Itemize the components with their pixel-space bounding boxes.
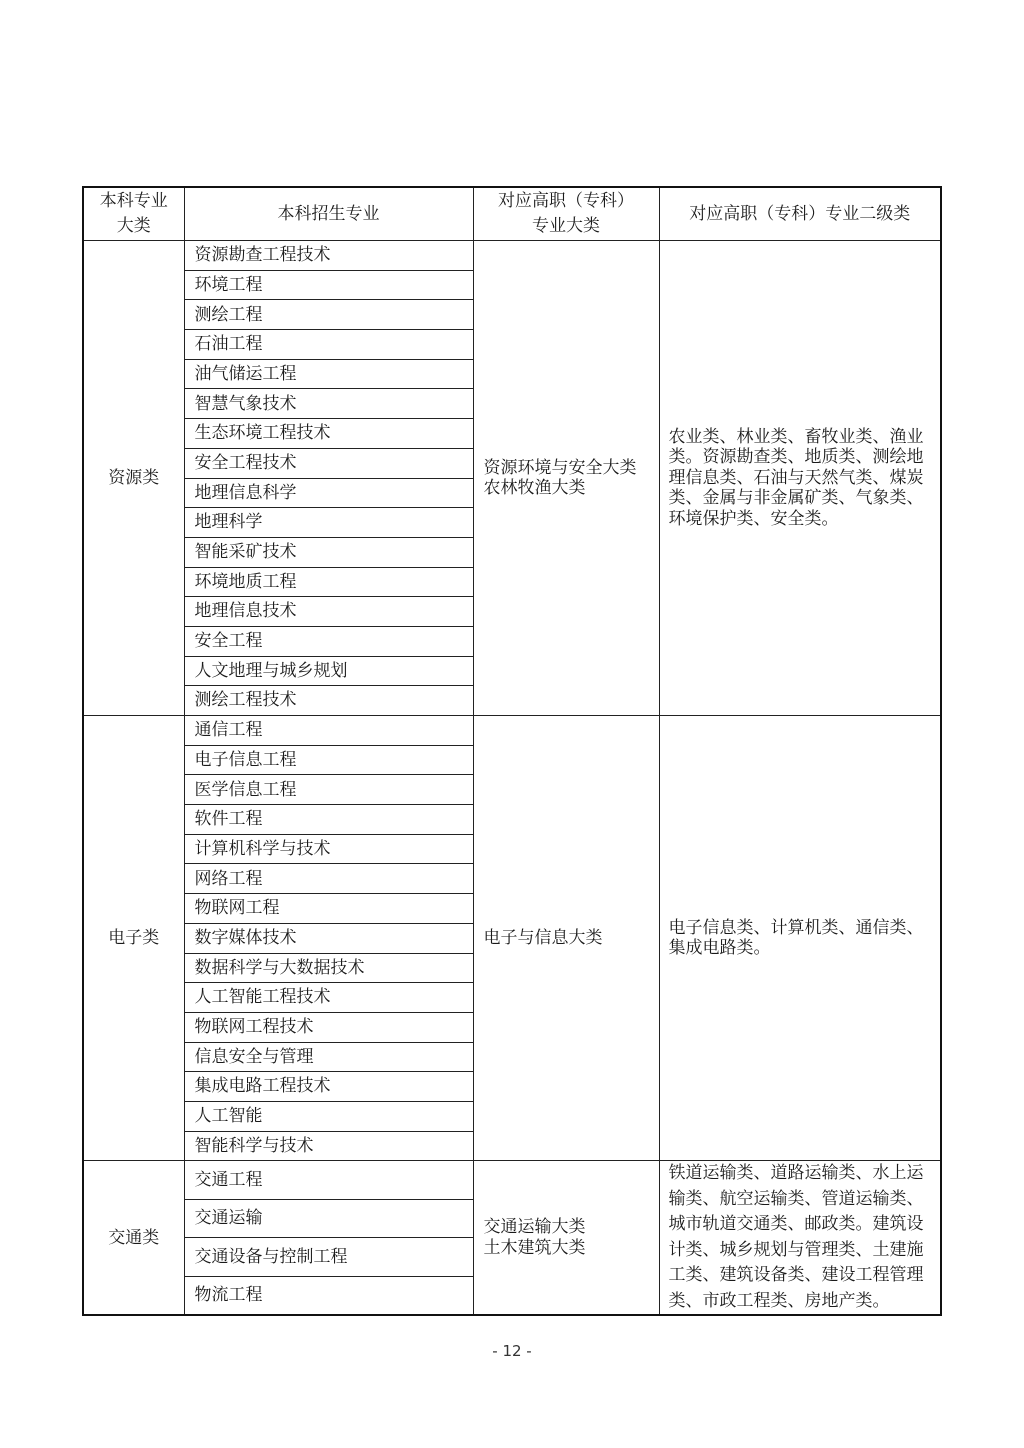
table-row: 资源类 资源勘查工程技术 资源环境与安全大类 农林牧渔大类 农业类、林业类、畜牧… — [83, 241, 941, 271]
major-cell: 油气储运工程 — [184, 359, 473, 389]
major-cell: 物联网工程技术 — [184, 1012, 473, 1042]
vocational-subcategory-cell: 农业类、林业类、畜牧业类、渔业 类。资源勘查类、地质类、测绘地 理信息类、石油与… — [659, 241, 941, 716]
major-cell: 地理信息技术 — [184, 597, 473, 627]
major-cell: 医学信息工程 — [184, 775, 473, 805]
major-cell: 地理科学 — [184, 508, 473, 538]
header-category: 本科专业 大类 — [83, 187, 184, 241]
vocational-subcategory-cell: 铁道运输类、道路运输类、水上运 输类、航空运输类、管道运输类、 城市轨道交通类、… — [659, 1161, 941, 1316]
header-vocational-category: 对应高职（专科） 专业大类 — [473, 187, 659, 241]
major-cell: 生态环境工程技术 — [184, 419, 473, 449]
major-cell: 安全工程技术 — [184, 448, 473, 478]
page-number: - 12 - — [0, 1342, 1024, 1360]
header-major: 本科招生专业 — [184, 187, 473, 241]
major-cell: 数字媒体技术 — [184, 923, 473, 953]
major-cell: 物联网工程 — [184, 894, 473, 924]
major-cell: 交通运输 — [184, 1199, 473, 1237]
header-vocational-subcategory: 对应高职（专科）专业二级类 — [659, 187, 941, 241]
major-cell: 人工智能工程技术 — [184, 983, 473, 1013]
vocational-category-cell: 电子与信息大类 — [473, 716, 659, 1161]
major-cell: 集成电路工程技术 — [184, 1072, 473, 1102]
vocational-subcategory-cell: 电子信息类、计算机类、通信类、 集成电路类。 — [659, 716, 941, 1161]
major-cell: 交通工程 — [184, 1161, 473, 1199]
major-cell: 测绘工程 — [184, 300, 473, 330]
category-cell-transport: 交通类 — [83, 1161, 184, 1316]
major-cell: 物流工程 — [184, 1276, 473, 1315]
major-cell: 智能科学与技术 — [184, 1131, 473, 1161]
vocational-category-cell: 交通运输大类 土木建筑大类 — [473, 1161, 659, 1316]
category-cell-electronics: 电子类 — [83, 716, 184, 1161]
major-cell: 环境工程 — [184, 270, 473, 300]
major-cell: 智慧气象技术 — [184, 389, 473, 419]
major-cell: 石油工程 — [184, 330, 473, 360]
major-cell: 安全工程 — [184, 626, 473, 656]
major-cell: 软件工程 — [184, 805, 473, 835]
major-cell: 电子信息工程 — [184, 745, 473, 775]
major-cell: 人文地理与城乡规划 — [184, 656, 473, 686]
major-cell: 地理信息科学 — [184, 478, 473, 508]
major-cell: 数据科学与大数据技术 — [184, 953, 473, 983]
major-cell: 智能采矿技术 — [184, 537, 473, 567]
major-cell: 通信工程 — [184, 716, 473, 746]
major-cell: 环境地质工程 — [184, 567, 473, 597]
major-cell: 资源勘查工程技术 — [184, 241, 473, 271]
category-cell-resources: 资源类 — [83, 241, 184, 716]
table-header-row: 本科专业 大类 本科招生专业 对应高职（专科） 专业大类 对应高职（专科）专业二… — [83, 187, 941, 241]
major-cell: 计算机科学与技术 — [184, 834, 473, 864]
major-cell: 交通设备与控制工程 — [184, 1238, 473, 1276]
major-cell: 信息安全与管理 — [184, 1042, 473, 1072]
major-mapping-table: 本科专业 大类 本科招生专业 对应高职（专科） 专业大类 对应高职（专科）专业二… — [82, 186, 942, 1316]
major-cell: 网络工程 — [184, 864, 473, 894]
table-row: 交通类 交通工程 交通运输大类 土木建筑大类 铁道运输类、道路运输类、水上运 输… — [83, 1161, 941, 1199]
major-cell: 测绘工程技术 — [184, 686, 473, 716]
table-row: 电子类 通信工程 电子与信息大类 电子信息类、计算机类、通信类、 集成电路类。 — [83, 716, 941, 746]
major-cell: 人工智能 — [184, 1101, 473, 1131]
vocational-category-cell: 资源环境与安全大类 农林牧渔大类 — [473, 241, 659, 716]
